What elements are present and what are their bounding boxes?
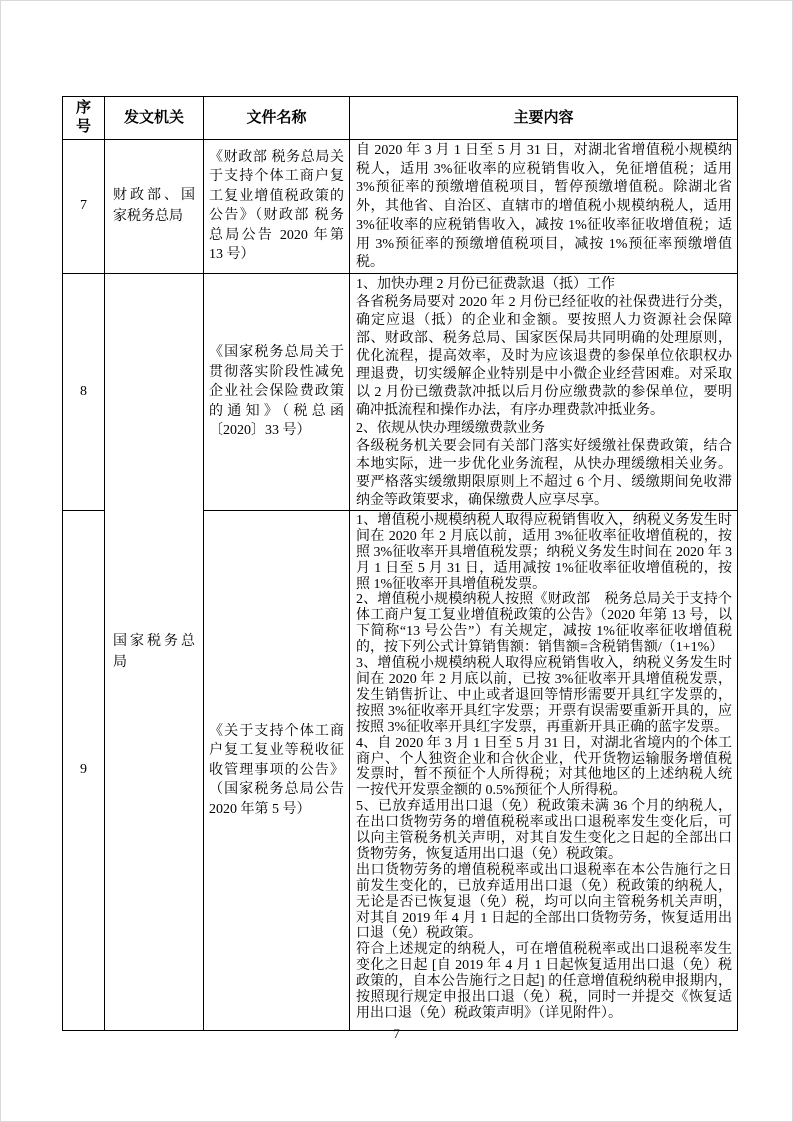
row7-doc-name: 《财政部 税务总局关于支持个体工商户复工复业增值税政策的公告》（财政部 税务总局… [204, 140, 350, 274]
row9-serial: 9 [63, 510, 105, 1030]
content-paragraph: 出口货物劳务的增值税税率或出口退税率在本公告施行之日前发生变化的，已放弃适用出口… [356, 863, 732, 943]
header-content: 主要内容 [350, 97, 738, 140]
row7-content: 自 2020 年 3 月 1 日至 5 月 31 日，对湖北省增值税小规模纳税人… [350, 140, 738, 274]
row8-doc-name: 《国家税务总局关于贯彻落实阶段性减免企业社会保险费政策的通知》（税总函〔2020… [204, 273, 350, 510]
header-agency: 发文机关 [105, 97, 204, 140]
table-header-row: 序号 发文机关 文件名称 主要内容 [63, 97, 738, 140]
content-paragraph: 符合上述规定的纳税人，可在增值税税率或出口退税率发生变化之日起 [自 2019 … [356, 942, 732, 1022]
row8-content: 1、加快办理 2 月份已征费款退（抵）工作各省税务局要对 2020 年 2 月份… [350, 273, 738, 510]
header-doc-name: 文件名称 [204, 97, 350, 140]
content-paragraph: 1、加快办理 2 月份已征费款退（抵）工作 [356, 276, 732, 294]
header-serial-label: 序号 [75, 99, 92, 137]
policy-table: 序号 发文机关 文件名称 主要内容 7 财政部、国家税务总局 《财政部 税务总局… [62, 96, 738, 1031]
content-paragraph: 各级税务机关要会同有关部门落实好缓缴社保费政策，结合本地实际，进一步优化业务流程… [356, 438, 732, 510]
content-paragraph: 4、自 2020 年 3 月 1 日至 5 月 31 日，对湖北省境内的个体工商… [356, 736, 732, 800]
row7-serial: 7 [63, 140, 105, 274]
row9-content: 1、增值税小规模纳税人取得应税销售收入，纳税义务发生时间在 2020 年 2 月… [350, 510, 738, 1030]
content-paragraph: 5、已放弃适用出口退（免）税政策未满 36 个月的纳税人，在出口货物劳务的增值税… [356, 799, 732, 863]
header-serial: 序号 [63, 97, 105, 140]
row8-9-agency-merged: 国家税务总局 [105, 273, 204, 1030]
table-row-7: 7 财政部、国家税务总局 《财政部 税务总局关于支持个体工商户复工复业增值税政策… [63, 140, 738, 274]
content-paragraph: 2、依规从快办理缓缴费款业务 [356, 420, 732, 438]
content-paragraph: 各省税务局要对 2020 年 2 月份已经征收的社保费进行分类，确定应退（抵）的… [356, 294, 732, 420]
row9-doc-name: 《关于支持个体工商户复工复业等税收征收管理事项的公告》（国家税务总局公告 202… [204, 510, 350, 1030]
content-paragraph: 自 2020 年 3 月 1 日至 5 月 31 日，对湖北省增值税小规模纳税人… [356, 142, 732, 273]
row8-serial: 8 [63, 273, 105, 510]
row7-agency: 财政部、国家税务总局 [105, 140, 204, 274]
table-row-8: 8 国家税务总局 《国家税务总局关于贯彻落实阶段性减免企业社会保险费政策的通知》… [63, 273, 738, 510]
page-number: 7 [0, 1026, 793, 1042]
content-paragraph: 3、增值税小规模纳税人取得应税销售收入，纳税义务发生时间在 2020 年 2 月… [356, 656, 732, 736]
content-paragraph: 1、增值税小规模纳税人取得应税销售收入，纳税义务发生时间在 2020 年 2 月… [356, 513, 732, 593]
content-paragraph: 2、增值税小规模纳税人按照《财政部 税务总局关于支持个体工商户复工复业增值税政策… [356, 592, 732, 656]
document-page: 序号 发文机关 文件名称 主要内容 7 财政部、国家税务总局 《财政部 税务总局… [0, 0, 793, 1122]
